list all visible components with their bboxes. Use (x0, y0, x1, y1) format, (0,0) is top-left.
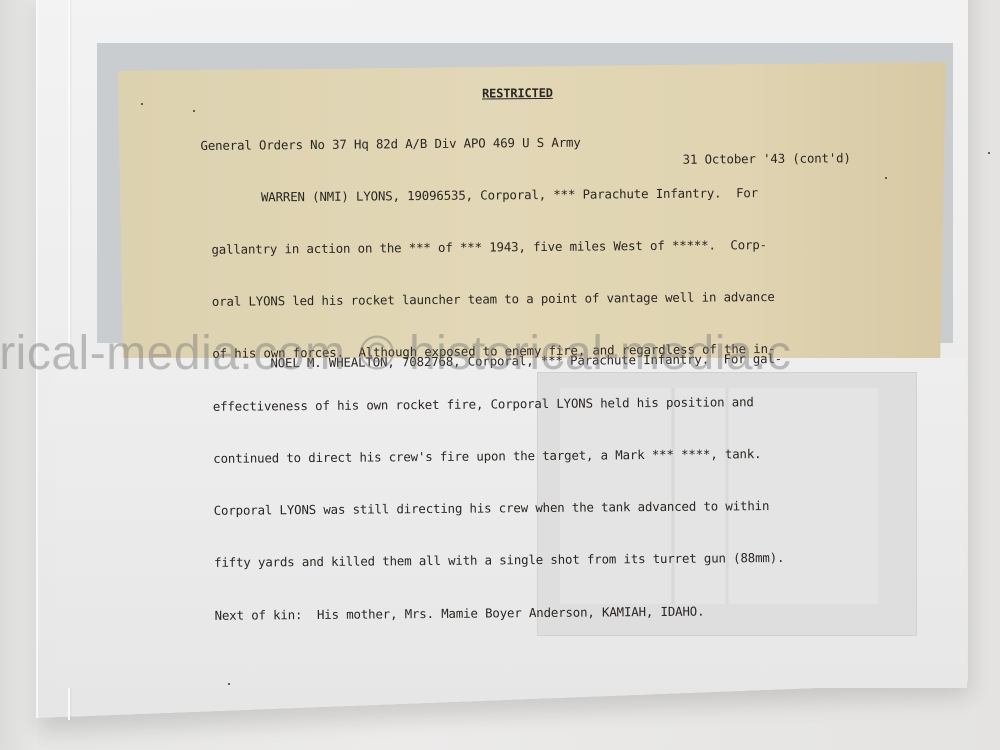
text-line: Corporal LYONS was still directing his c… (214, 496, 874, 519)
text-line: oral LYONS led his rocket launcher team … (212, 287, 872, 310)
text-line: continued to direct his crew's fire upon… (213, 444, 873, 467)
watermark: orical-media.com © historical-media.c (0, 326, 1000, 381)
text-line: fifty yards and killed them all with a s… (214, 548, 874, 571)
dust-speck (193, 110, 195, 112)
dust-speck (228, 683, 230, 685)
dust-speck (141, 103, 143, 105)
text-line: Next of kin: His mother, Mrs. Mamie Boye… (215, 601, 875, 624)
classification-stamp: RESTRICTED (482, 85, 553, 103)
dust-speck (885, 177, 887, 179)
dust-speck (988, 152, 990, 154)
text-line: WARREN (NMI) LYONS, 19096535, Corporal, … (211, 183, 871, 206)
text-line: gallantry in action on the *** of *** 19… (211, 235, 871, 258)
